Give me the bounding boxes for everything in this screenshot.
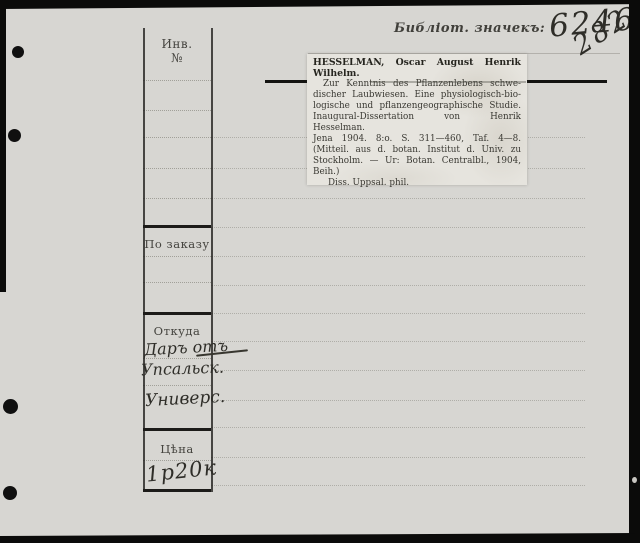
ruled-dotted-line bbox=[143, 385, 211, 386]
scan-border-right bbox=[629, 0, 640, 543]
slip-author-line2: Wilhelm. bbox=[313, 68, 521, 79]
catalog-card-scan: Библіот. значекъ: 62464 282 Инв. № По за… bbox=[0, 0, 640, 543]
price-label: Цѣна bbox=[143, 442, 211, 456]
ruled-dotted-line bbox=[211, 485, 585, 486]
ruled-dotted-line bbox=[211, 370, 585, 371]
ruled-dotted-line bbox=[211, 313, 585, 314]
punch-hole bbox=[3, 399, 18, 414]
scan-border-top bbox=[0, 0, 640, 9]
ruled-dotted-line bbox=[211, 198, 585, 199]
origin-handwriting-line1: Даръ отъ bbox=[144, 336, 229, 359]
slip-author-line1: HESSELMAN, Oscar August Henrik bbox=[313, 57, 521, 68]
ruled-dotted-line bbox=[143, 110, 211, 111]
ruled-dotted-line bbox=[211, 400, 585, 401]
ruled-dotted-line bbox=[143, 198, 211, 199]
column-left-rule bbox=[143, 28, 145, 492]
section-divider bbox=[143, 489, 211, 492]
slip-dissertation-note: Diss. Uppsal. phil. bbox=[313, 178, 521, 189]
ruled-dotted-line bbox=[211, 457, 585, 458]
inventory-number-sign: № bbox=[143, 51, 211, 65]
slip-body-line: Beih.) bbox=[313, 167, 521, 178]
slip-body-line: Jena 1904. 8:o. S. 311—460, Taf. 4—8. bbox=[313, 134, 521, 145]
pasted-bibliographic-slip: HESSELMAN, Oscar August Henrik Wilhelm. … bbox=[307, 54, 527, 185]
slip-body-line: discher Laubwiesen. Eine physiologisch-b… bbox=[313, 90, 521, 101]
order-label: По заказу bbox=[143, 237, 211, 251]
slip-body-line: Inaugural-Dissertation von Henrik Hessel… bbox=[313, 112, 521, 134]
library-stamp-label: Библіот. значекъ: bbox=[394, 21, 545, 36]
ruled-dotted-line bbox=[211, 427, 585, 428]
ruled-dotted-line bbox=[143, 282, 211, 283]
scan-border-bottom bbox=[0, 533, 640, 543]
slip-body-line: (Mitteil. aus d. botan. Institut d. Univ… bbox=[313, 145, 521, 156]
slip-body-line: Stockholm. — Ur: Botan. Centralbl., 1904… bbox=[313, 156, 521, 167]
section-divider bbox=[143, 225, 211, 228]
origin-label: Откуда bbox=[143, 324, 211, 338]
punch-hole bbox=[3, 486, 17, 500]
ruled-dotted-line bbox=[211, 227, 585, 228]
ruled-dotted-line bbox=[211, 285, 585, 286]
scan-border-left bbox=[0, 0, 6, 292]
ruled-dotted-line bbox=[143, 137, 211, 138]
punch-hole bbox=[8, 129, 21, 142]
punch-hole bbox=[12, 46, 24, 58]
ruled-dotted-line bbox=[143, 256, 211, 257]
section-divider bbox=[143, 312, 211, 315]
origin-handwriting-line3: Универс. bbox=[145, 387, 226, 411]
slip-body-line: logische und pflanzengeographische Studi… bbox=[313, 101, 521, 112]
ruled-dotted-line bbox=[143, 168, 211, 169]
column-right-rule bbox=[211, 28, 213, 492]
ruled-dotted-line bbox=[211, 341, 585, 342]
origin-handwriting-line2: Упсальск. bbox=[141, 358, 224, 380]
rule-showthrough bbox=[370, 81, 526, 83]
inventory-label: Инв. bbox=[143, 37, 211, 51]
ruled-dotted-line bbox=[143, 80, 211, 81]
scan-fleck bbox=[632, 477, 637, 483]
ruled-dotted-line bbox=[211, 256, 585, 257]
section-divider bbox=[143, 428, 211, 431]
